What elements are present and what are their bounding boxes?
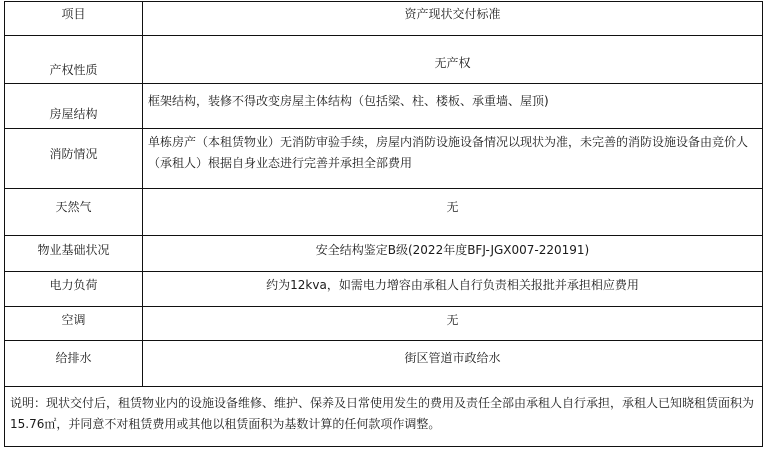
row-label-cell: 消防情况	[5, 129, 143, 189]
row-label: 电力负荷	[5, 272, 142, 295]
table-header-row: 项目 资产现状交付标准	[5, 2, 763, 36]
row-value: 无	[143, 307, 762, 330]
row-value-cell: 框架结构，装修不得改变房屋主体结构（包括梁、柱、楼板、承重墙、屋顶)	[143, 84, 763, 129]
row-label: 房屋结构	[5, 84, 142, 124]
row-value-cell: 无产权	[143, 36, 763, 84]
table-row: 天然气 无	[5, 189, 763, 236]
row-value-cell: 约为12kva，如需电力增容由承租人自行负责相关报批并承担相应费用	[143, 272, 763, 307]
note-text: 说明：现状交付后，租赁物业内的设施设备维修、维护、保养及日常使用发生的费用及责任…	[10, 393, 757, 435]
row-label-cell: 空调	[5, 307, 143, 341]
header-item-cell: 项目	[5, 2, 143, 36]
row-label-cell: 物业基础状况	[5, 236, 143, 272]
table-row: 给排水 街区管道市政给水	[5, 341, 763, 387]
row-value: 无	[143, 189, 762, 217]
row-value-cell: 无	[143, 189, 763, 236]
table-row: 电力负荷 约为12kva，如需电力增容由承租人自行负责相关报批并承担相应费用	[5, 272, 763, 307]
header-standard-label: 资产现状交付标准	[143, 2, 762, 24]
note-cell: 说明：现状交付后，租赁物业内的设施设备维修、维护、保养及日常使用发生的费用及责任…	[5, 387, 763, 447]
row-label-cell: 给排水	[5, 341, 143, 387]
row-value: 无产权	[143, 36, 762, 73]
row-label: 空调	[5, 307, 142, 330]
header-standard-cell: 资产现状交付标准	[143, 2, 763, 36]
table-note-row: 说明：现状交付后，租赁物业内的设施设备维修、维护、保养及日常使用发生的费用及责任…	[5, 387, 763, 447]
row-label: 消防情况	[5, 129, 142, 164]
asset-delivery-standard-table: 项目 资产现状交付标准 产权性质 无产权 房屋结构 框架结构，装修不得改变房屋主…	[4, 1, 763, 447]
header-item-label: 项目	[5, 2, 142, 24]
table-row: 空调 无	[5, 307, 763, 341]
row-label: 天然气	[5, 189, 142, 217]
row-value-cell: 街区管道市政给水	[143, 341, 763, 387]
row-label: 物业基础状况	[5, 236, 142, 260]
row-label: 产权性质	[5, 36, 142, 80]
row-value: 框架结构，装修不得改变房屋主体结构（包括梁、柱、楼板、承重墙、屋顶)	[148, 84, 756, 111]
table-row: 产权性质 无产权	[5, 36, 763, 84]
row-value-cell: 安全结构鉴定B级(2022年度BFJ-JGX007-220191)	[143, 236, 763, 272]
row-value-cell: 单栋房产（本租赁物业）无消防审验手续，房屋内消防设施设备情况以现状为准，未完善的…	[143, 129, 763, 189]
row-value: 街区管道市政给水	[143, 341, 762, 368]
table-row: 物业基础状况 安全结构鉴定B级(2022年度BFJ-JGX007-220191)	[5, 236, 763, 272]
row-value: 约为12kva，如需电力增容由承租人自行负责相关报批并承担相应费用	[143, 272, 762, 295]
row-label-cell: 产权性质	[5, 36, 143, 84]
row-label-cell: 房屋结构	[5, 84, 143, 129]
row-label-cell: 天然气	[5, 189, 143, 236]
row-value: 安全结构鉴定B级(2022年度BFJ-JGX007-220191)	[143, 236, 762, 260]
row-label: 给排水	[5, 341, 142, 368]
row-value: 单栋房产（本租赁物业）无消防审验手续，房屋内消防设施设备情况以现状为准，未完善的…	[148, 129, 756, 174]
row-label-cell: 电力负荷	[5, 272, 143, 307]
table-row: 房屋结构 框架结构，装修不得改变房屋主体结构（包括梁、柱、楼板、承重墙、屋顶)	[5, 84, 763, 129]
table-row: 消防情况 单栋房产（本租赁物业）无消防审验手续，房屋内消防设施设备情况以现状为准…	[5, 129, 763, 189]
row-value-cell: 无	[143, 307, 763, 341]
